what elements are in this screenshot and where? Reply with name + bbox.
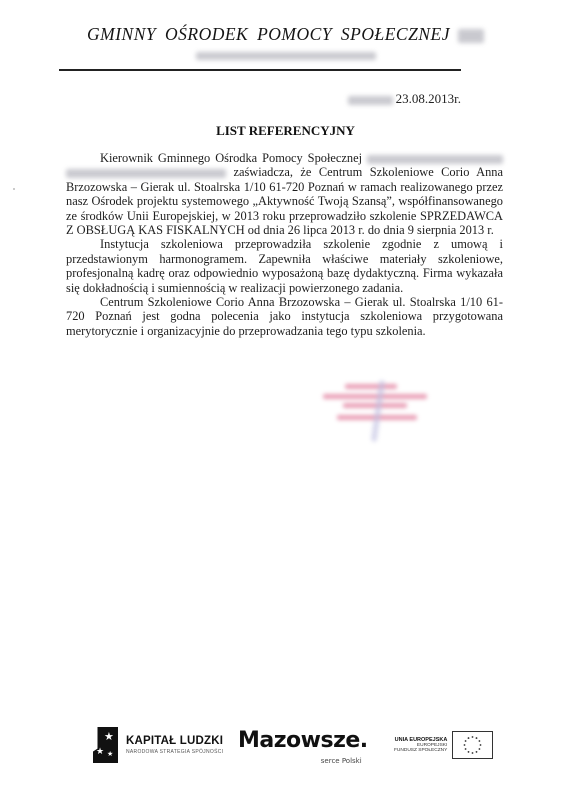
kapital-ludzki-subtitle: NARODOWA STRATEGIA SPÓJNOŚCI bbox=[126, 749, 223, 755]
letter-date: 23.08.2013r. bbox=[396, 91, 461, 106]
paragraph-1: Kierownik Gminnego Ośrodka Pomocy Społec… bbox=[66, 151, 503, 237]
redacted-address-inline bbox=[367, 155, 503, 164]
institution-name: GMINNY OŚRODEK POMOCY SPOŁECZNEJ bbox=[0, 24, 571, 45]
paragraph-2: Instytucja szkoleniowa przeprowadziła sz… bbox=[66, 237, 503, 295]
document-title: LIST REFERENCYJNY bbox=[0, 123, 571, 139]
kapital-ludzki-logo: ★ ★ ★ KAPITAŁ LUDZKI NARODOWA STRATEGIA … bbox=[93, 727, 223, 763]
kapital-ludzki-name: KAPITAŁ LUDZKI bbox=[126, 735, 223, 747]
eu-line-3: FUNDUSZ SPOŁECZNY bbox=[394, 748, 447, 753]
redacted-address-inline bbox=[66, 169, 226, 178]
eu-logo: UNIA EUROPEJSKA EUROPEJSKI FUNDUSZ SPOŁE… bbox=[394, 731, 493, 759]
institution-name-text: GMINNY OŚRODEK POMOCY SPOŁECZNEJ bbox=[87, 24, 450, 44]
redacted-institution-suffix bbox=[458, 29, 484, 43]
mazowsze-name: Mazowsze. bbox=[238, 729, 368, 753]
mazowsze-subtitle: serce Polski bbox=[321, 757, 362, 765]
redacted-stamp-signature bbox=[315, 380, 435, 440]
letter-body: Kierownik Gminnego Ośrodka Pomocy Społec… bbox=[66, 151, 503, 338]
header-divider bbox=[59, 69, 461, 71]
redacted-address-block bbox=[196, 52, 376, 60]
paragraph-3: Centrum Szkoleniowe Corio Anna Brzozowsk… bbox=[66, 295, 503, 338]
redacted-address bbox=[0, 47, 571, 59]
paragraph-1-start: Kierownik Gminnego Ośrodka Pomocy Społec… bbox=[100, 151, 362, 165]
kapital-ludzki-flag-icon: ★ ★ ★ bbox=[93, 727, 118, 763]
eu-flag-icon bbox=[452, 731, 493, 759]
redacted-place bbox=[348, 96, 393, 105]
date-line: 23.08.2013r. bbox=[348, 91, 461, 107]
mazowsze-logo: Mazowsze. serce Polski bbox=[238, 729, 368, 753]
scan-speck bbox=[13, 188, 15, 190]
